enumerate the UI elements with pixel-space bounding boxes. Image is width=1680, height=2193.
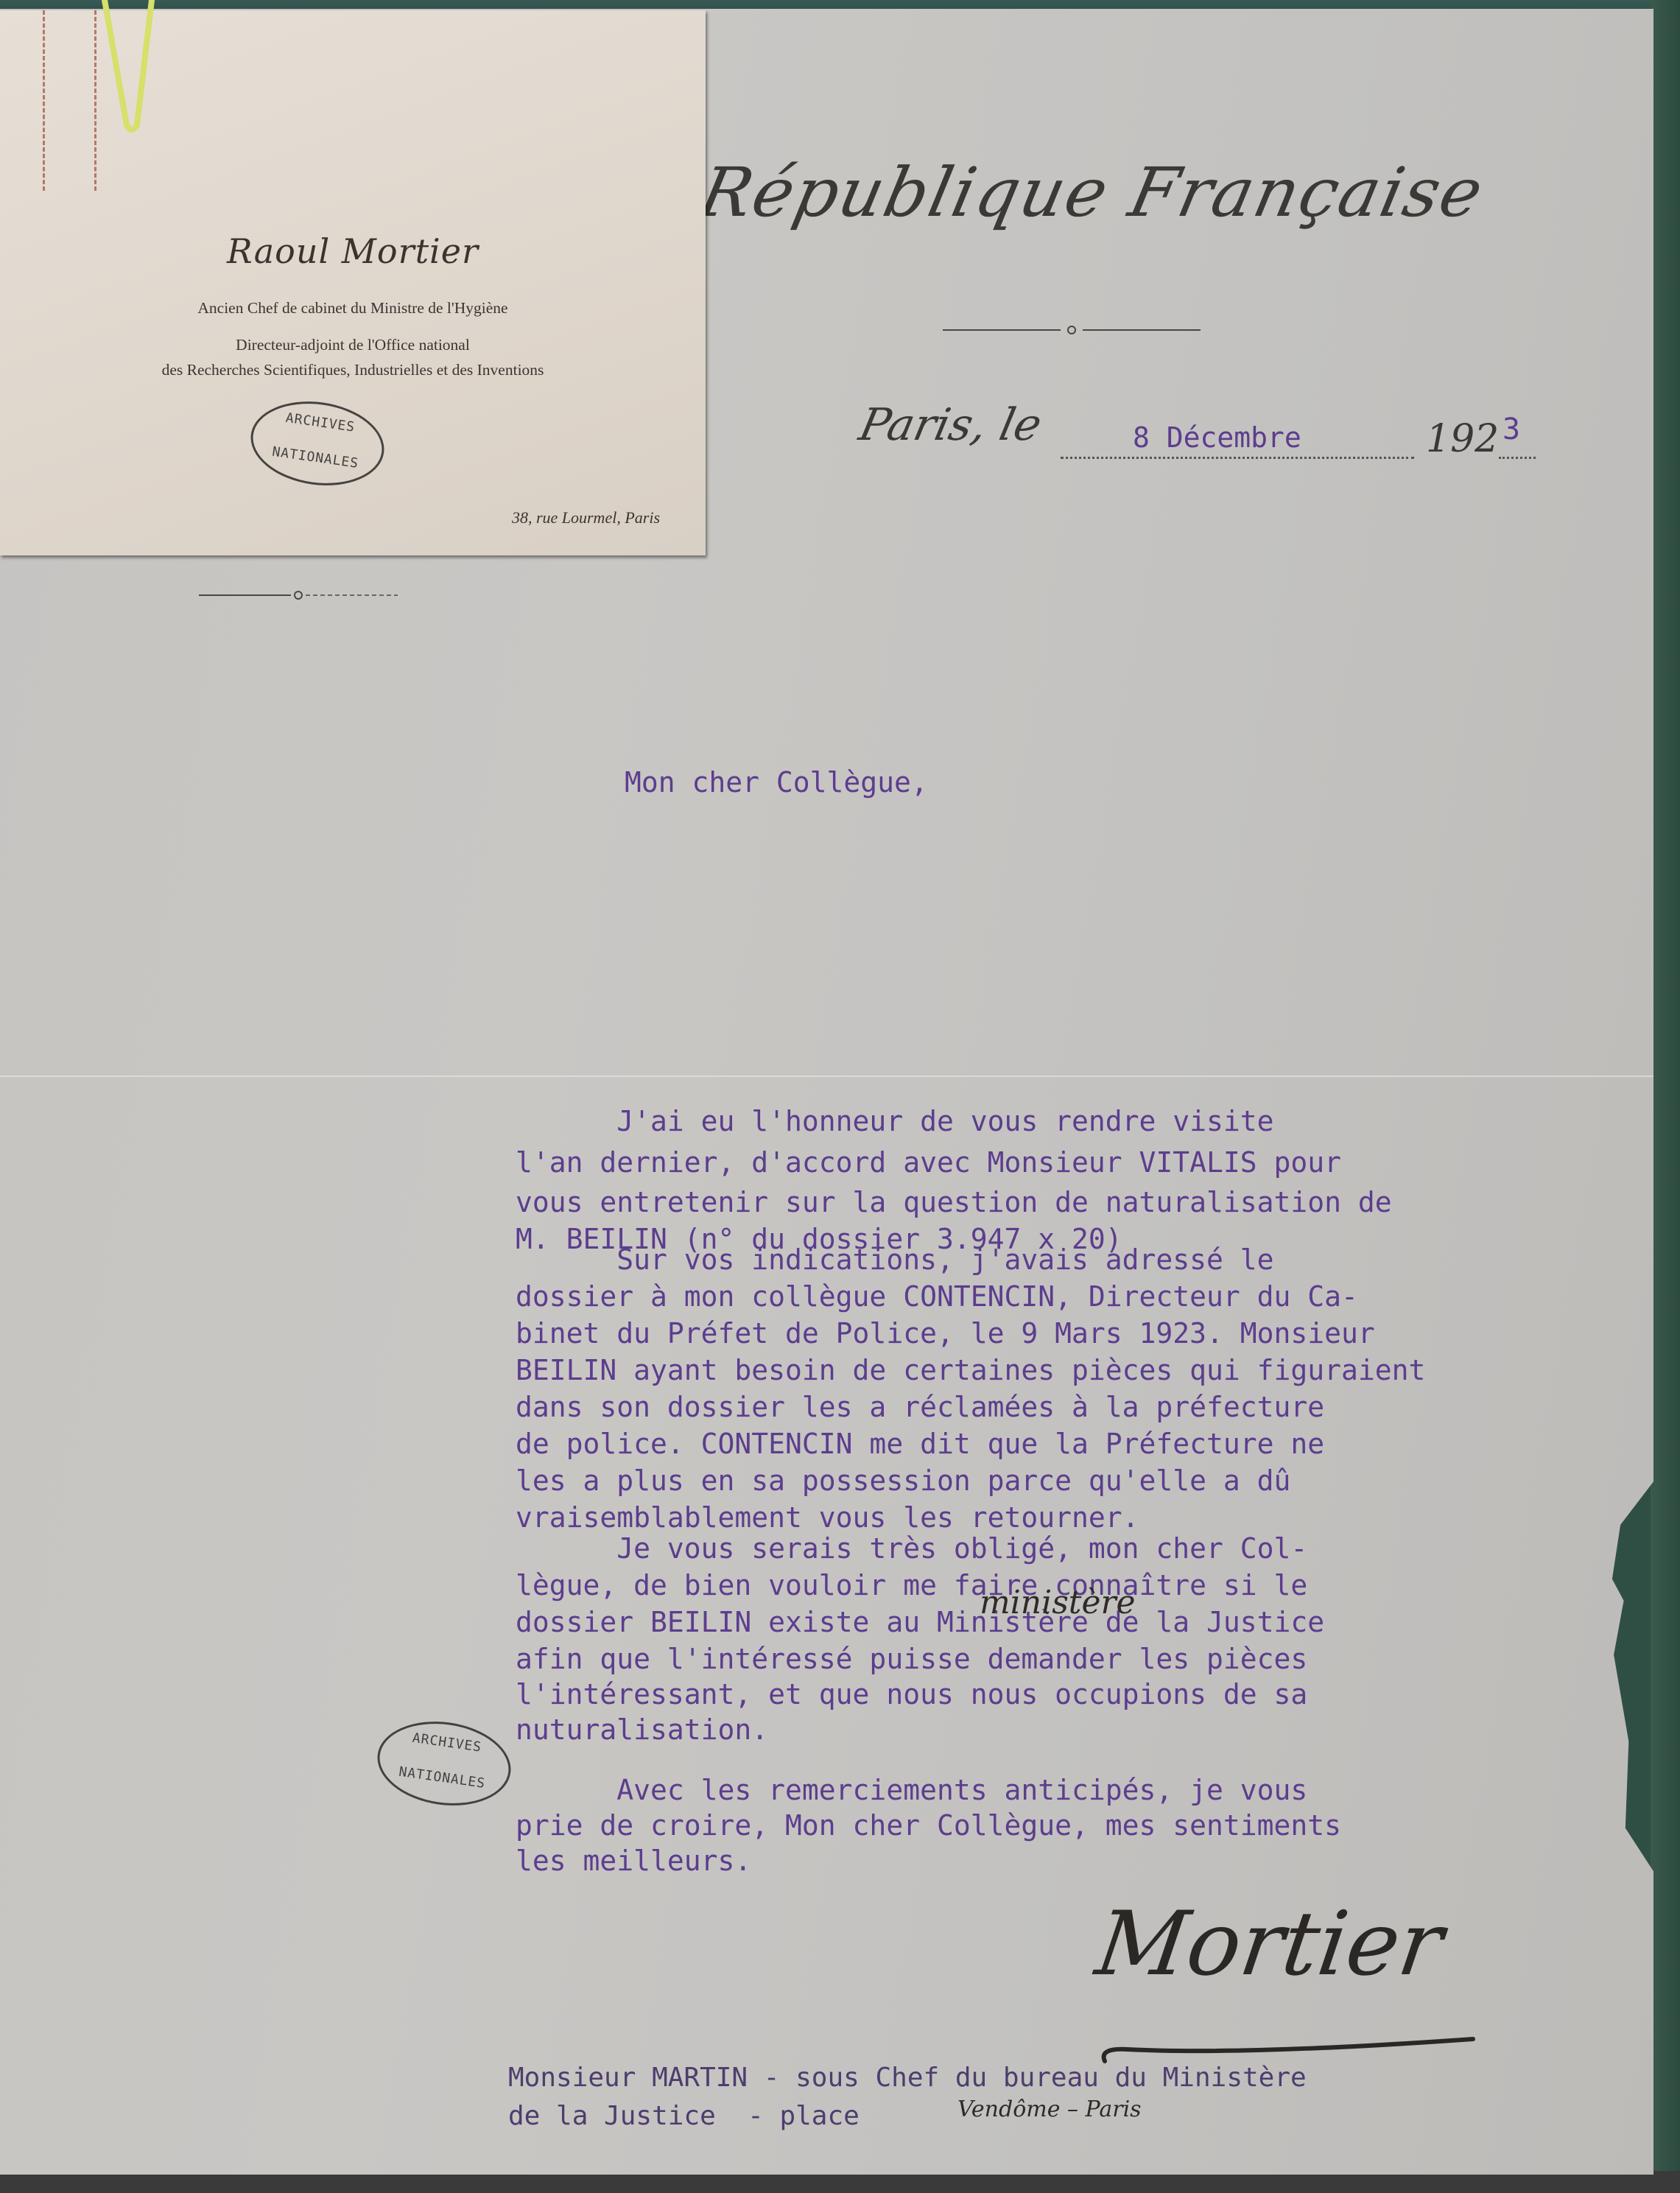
addressee-handwritten: Vendôme – Paris [957, 2096, 1142, 2122]
stamp-text-top: ARCHIVES [255, 406, 385, 439]
body-line: binet du Préfet de Police, le 9 Mars 192… [516, 1317, 1375, 1350]
card-title-line: Ancien Chef de cabinet du Ministre de l'… [0, 299, 706, 317]
date-value: 8 Décembre [1133, 421, 1301, 454]
body-line: nuturalisation. [516, 1713, 768, 1746]
paperclip-icon [94, 0, 155, 136]
addressee-line-1: Monsieur MARTIN - sous Chef du bureau du… [508, 2063, 1307, 2093]
body-line: Sur vos indications, j'avais adressé le [516, 1243, 1274, 1276]
body-line: BEILIN ayant besoin de certaines pièces … [516, 1354, 1425, 1386]
year-dotted-line [1499, 455, 1536, 459]
body-line: dossier à mon collègue CONTENCIN, Direct… [516, 1280, 1358, 1313]
year-typed-digit: 3 [1502, 413, 1520, 446]
archives-stamp: ARCHIVES NATIONALES [245, 393, 390, 494]
stamp-text-bottom: NATIONALES [250, 441, 381, 474]
fold-crease [0, 1076, 1653, 1077]
handwritten-correction: ministère [980, 1584, 1136, 1621]
ornament-divider-icon [199, 589, 398, 601]
card-fold-mark [43, 10, 51, 191]
salutation: Mon cher Collègue, [625, 766, 928, 799]
body-line: l'an dernier, d'accord avec Monsieur VIT… [516, 1146, 1341, 1179]
body-line: l'intéressant, et que nous nous occupion… [516, 1678, 1307, 1710]
card-title-line: des Recherches Scientifiques, Industriel… [0, 361, 706, 379]
body-line: vraisemblablement vous les retourner. [516, 1501, 1139, 1534]
body-line: de police. CONTENCIN me dit que la Préfe… [516, 1428, 1324, 1460]
card-title-line: Directeur-adjoint de l'Office national [0, 336, 706, 354]
card-name: Raoul Mortier [0, 231, 706, 271]
card-address: 38, rue Lourmel, Paris [512, 508, 660, 527]
mount-background-right [1651, 0, 1680, 2193]
body-line: vous entretenir sur la question de natur… [516, 1186, 1392, 1218]
body-line: prie de croire, Mon cher Collègue, mes s… [516, 1809, 1341, 1842]
signature: Mortier [1090, 1893, 1449, 1996]
ornament-divider-icon [943, 324, 1201, 336]
body-line: dossier BEILIN existe au Ministère de la… [516, 1606, 1324, 1638]
date-place-label: Paris, le [855, 399, 1047, 451]
body-line: les a plus en sa possession parce qu'ell… [516, 1464, 1290, 1497]
letterhead-title: République Française [693, 153, 1491, 232]
body-line: dans son dossier les a réclamées à la pr… [516, 1391, 1324, 1423]
body-line: les meilleurs. [516, 1845, 751, 1877]
body-line: afin que l'intéressé puisse demander les… [516, 1643, 1307, 1675]
body-line: J'ai eu l'honneur de vous rendre visite [516, 1105, 1274, 1137]
addressee-line-2: de la Justice - place [508, 2101, 860, 2131]
body-line: Je vous serais très obligé, mon cher Col… [516, 1532, 1307, 1565]
date-dotted-line [1061, 455, 1414, 459]
body-line: lègue, de bien vouloir me faire connaîtr… [516, 1569, 1307, 1601]
year-printed: 192 [1426, 417, 1499, 461]
body-line: Avec les remerciements anticipés, je vou… [516, 1774, 1307, 1806]
